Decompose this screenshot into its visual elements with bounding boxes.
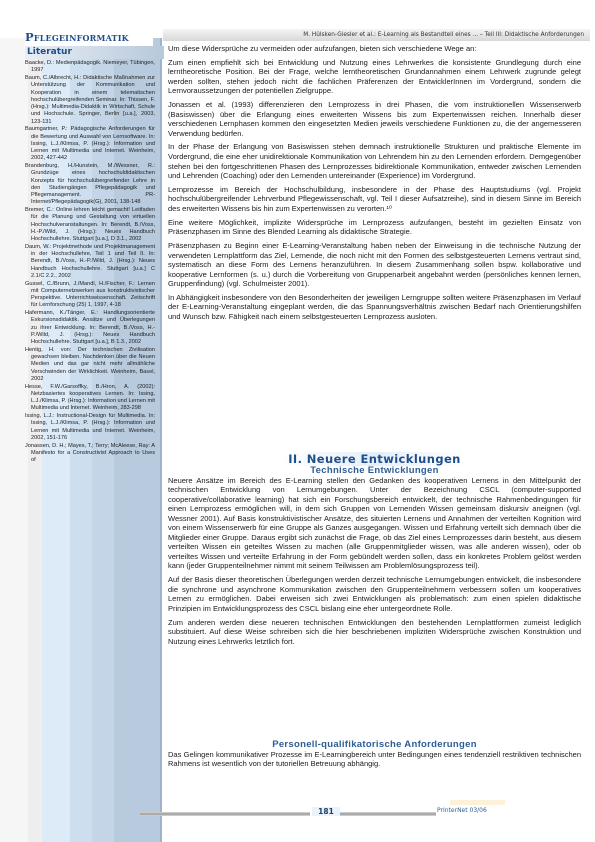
reference-item: Brandenburg, H./Hunstein, M./Wessner, R.…: [25, 163, 155, 207]
section-heading: II. Neuere Entwicklungen: [168, 452, 581, 466]
body-paragraph: Präsenzphasen zu Beginn einer E-Learning…: [168, 241, 581, 289]
body-paragraph: In Abhängigkeit insbesondere von den Bes…: [168, 293, 581, 322]
reference-item: Jonassen, D. H.; Mayes, T.; Terry; McAle…: [25, 443, 155, 465]
reference-item: Hesse, F.W./Garsoffky, B./Hron, A. (2002…: [25, 384, 155, 413]
body-paragraph: Zum einen empfiehlt sich bei Entwicklung…: [168, 58, 581, 96]
reference-item: Hentig, H. von: Der technischen Zivilisa…: [25, 347, 155, 383]
reference-item: Bremer, C.: Online lehren leicht gemacht…: [25, 207, 155, 243]
page-number: 181: [312, 807, 340, 816]
section-technical: Technische Entwicklungen Neuere Ansätze …: [168, 466, 581, 650]
running-header: M. Hülsken-Giesler et al.: E-Learning al…: [163, 29, 590, 41]
reference-item: Baum, C./Albrecht, H.: Didaktische Maßna…: [25, 75, 155, 126]
section-heading-text: II. Neuere Entwicklungen: [282, 452, 467, 466]
body-paragraph: Auf der Basis dieser theoretischen Überl…: [168, 575, 581, 613]
footer-rule: [340, 812, 436, 816]
reference-item: Daum, W.: Projektmethode und Projektmana…: [25, 244, 155, 280]
reference-item: Issing, L.J.: Instructional-Design für M…: [25, 413, 155, 442]
journal-brand: Pflegeinformatik: [25, 30, 153, 46]
journal-issue: PrInterNet 03/06: [437, 807, 487, 814]
reference-list: Baacke, D.: Medienpädagogik. Niemeyer, T…: [25, 60, 155, 465]
body-paragraph: Das Gelingen kommunikativer Prozesse im …: [168, 750, 581, 769]
footer-rule: [140, 812, 310, 816]
reference-item: Gussel, C./Brunn, J./Mandl, H./Fischer, …: [25, 281, 155, 310]
subsection-heading: Technische Entwicklungen: [168, 466, 581, 476]
body-paragraph: Eine weitere Möglichkeit, implizite Wide…: [168, 218, 581, 237]
reference-item: Baumgartner, P.: Pädagogische Anforderun…: [25, 126, 155, 162]
reference-item: Baacke, D.: Medienpädagogik. Niemeyer, T…: [25, 60, 155, 75]
footer-accent: [450, 800, 505, 805]
literature-heading: Literatur: [25, 46, 164, 59]
section-personnel: Personell-qualifikatorische Anforderunge…: [168, 740, 581, 769]
body-paragraph: Zum anderen werden diese neueren technis…: [168, 618, 581, 647]
body-paragraph: In der Phase der Erlangung von Basiswiss…: [168, 142, 581, 180]
body-paragraph: Neuere Ansätze im Bereich des E-Learning…: [168, 476, 581, 571]
body-paragraph: Lernprozesse im Bereich der Hochschulbil…: [168, 185, 581, 214]
reference-item: Hafermann, K./Tänger, E.: Handlungsorien…: [25, 310, 155, 346]
main-body: Um diese Widersprüche zu vermeiden oder …: [168, 44, 581, 326]
body-paragraph: Jonassen et al. (1993) differenzieren de…: [168, 100, 581, 138]
body-paragraph: Um diese Widersprüche zu vermeiden oder …: [168, 44, 581, 54]
sidebar-divider: [160, 38, 162, 842]
subsection-heading: Personell-qualifikatorische Anforderunge…: [168, 740, 581, 750]
